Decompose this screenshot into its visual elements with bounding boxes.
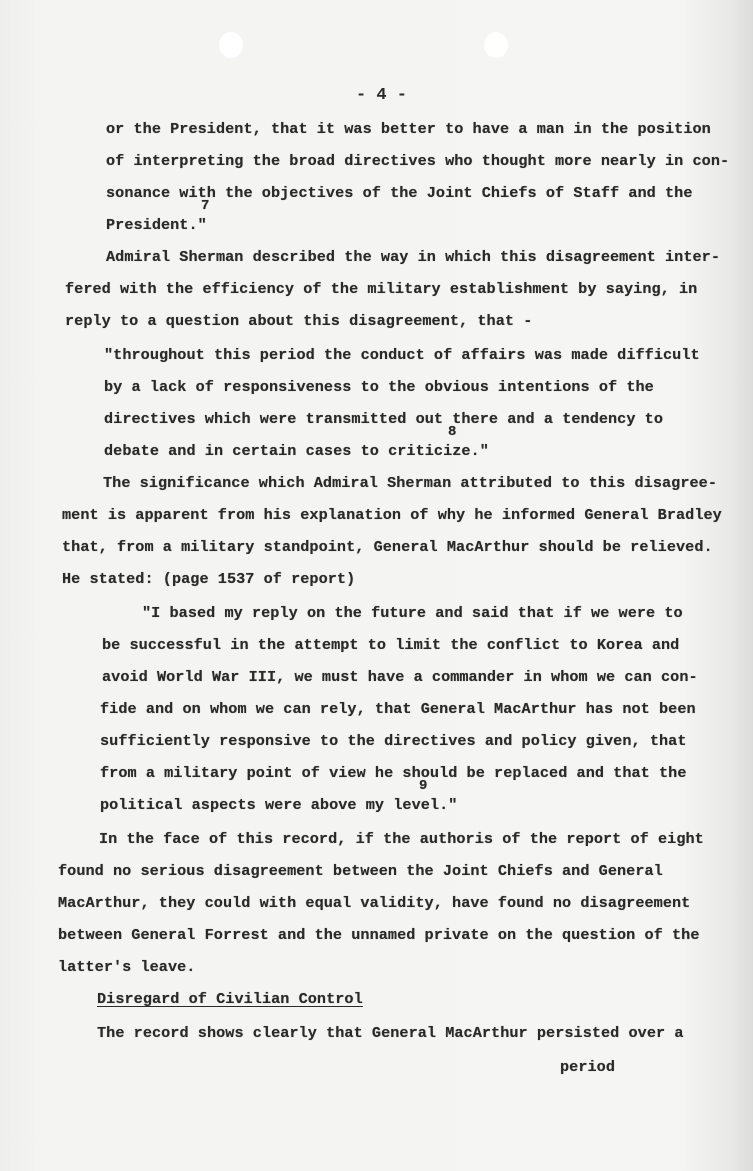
text-line: between General Forrest and the unnamed … xyxy=(58,926,699,944)
text-line: President." xyxy=(106,216,207,234)
text-line: political aspects were above my level." xyxy=(100,796,457,814)
document-page: - 4 - or the President, that it was bett… xyxy=(0,0,753,1171)
text-line: or the President, that it was better to … xyxy=(106,120,711,138)
text-line: In the face of this record, if the autho… xyxy=(99,830,704,848)
text-line: that, from a military standpoint, Genera… xyxy=(62,538,713,556)
text-line: Admiral Sherman described the way in whi… xyxy=(106,248,720,266)
footnote-marker: 9 xyxy=(419,778,427,794)
text-line: fered with the efficiency of the militar… xyxy=(65,280,697,298)
text-line: "throughout this period the conduct of a… xyxy=(104,346,700,364)
text-line: directives which were transmitted out th… xyxy=(104,410,663,428)
footnote-marker: 7 xyxy=(201,198,209,214)
punch-hole-left xyxy=(219,32,243,58)
text-line: sufficiently responsive to the directive… xyxy=(100,732,687,750)
text-line: ment is apparent from his explanation of… xyxy=(62,506,722,524)
text-line: reply to a question about this disagreem… xyxy=(65,312,532,330)
footnote-marker: 8 xyxy=(448,424,456,440)
text-line: avoid World War III, we must have a comm… xyxy=(102,668,698,686)
text-line: The significance which Admiral Sherman a… xyxy=(103,474,717,492)
text-line: debate and in certain cases to criticize… xyxy=(104,442,489,460)
text-line: The record shows clearly that General Ma… xyxy=(97,1024,684,1042)
text-line: He stated: (page 1537 of report) xyxy=(62,570,355,588)
text-line: by a lack of responsiveness to the obvio… xyxy=(104,378,654,396)
text-line: from a military point of view he should … xyxy=(100,764,687,782)
text-line: "I based my reply on the future and said… xyxy=(142,604,683,622)
text-line: fide and on whom we can rely, that Gener… xyxy=(100,700,696,718)
section-heading: Disregard of Civilian Control xyxy=(97,990,363,1008)
text-line: sonance with the objectives of the Joint… xyxy=(106,184,693,202)
punch-hole-right xyxy=(484,32,508,58)
text-line: of interpreting the broad directives who… xyxy=(106,152,729,170)
text-line: MacArthur, they could with equal validit… xyxy=(58,894,690,912)
page-number: - 4 - xyxy=(356,86,407,105)
text-line: latter's leave. xyxy=(58,958,195,976)
text-line: found no serious disagreement between th… xyxy=(58,862,663,880)
text-line: be successful in the attempt to limit th… xyxy=(102,636,679,654)
text-line: period xyxy=(560,1058,615,1076)
